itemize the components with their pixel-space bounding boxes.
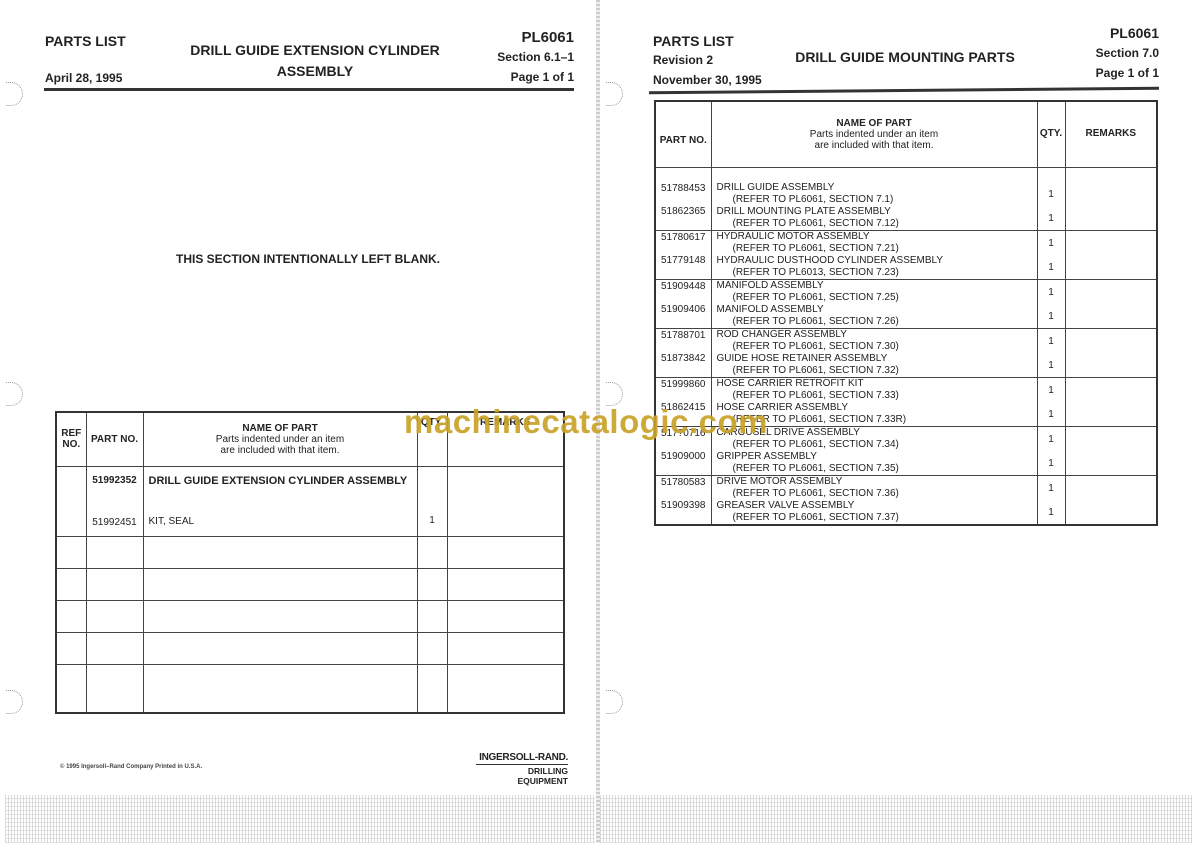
cell-part: 51780583 (656, 477, 711, 489)
doc-type: PARTS LIST (653, 33, 734, 49)
cell-part: 51909406 (656, 304, 711, 316)
cell-refer: (REFER TO PL6061, SECTION 7.30) (712, 341, 1037, 353)
col-remarks: REMARKS (1065, 101, 1157, 167)
cell-part: 51788453 (656, 183, 711, 195)
cell-part: 51909448 (656, 281, 711, 293)
cell-remarks (1065, 426, 1157, 475)
section-number: Section 6.1–1 (497, 50, 574, 64)
col-part-no: PART NO. (86, 412, 143, 466)
cell-part: 51992352 (87, 475, 143, 487)
cell-qty-group: 11 (1037, 475, 1065, 525)
col-name: NAME OF PART Parts indented under an ite… (711, 101, 1037, 167)
table-row-empty (56, 536, 564, 568)
cell-name: KIT, SEAL (144, 516, 417, 528)
watermark: machinecatalogic.com (404, 403, 768, 441)
cell-remarks (1065, 167, 1157, 230)
table-row: 51992352 51992451 DRILL GUIDE EXTENSION … (56, 466, 564, 536)
parts-table: PART NO. NAME OF PART Parts indented und… (654, 100, 1158, 526)
header-rule (649, 87, 1159, 94)
cell-name-group: ROD CHANGER ASSEMBLY(REFER TO PL6061, SE… (711, 328, 1037, 377)
page-title-line1: DRILL GUIDE EXTENSION CYLINDER (160, 42, 470, 58)
cell-remarks (1065, 328, 1157, 377)
scan-noise (5, 795, 595, 843)
table-row-group: 5190944851909406MANIFOLD ASSEMBLY(REFER … (655, 279, 1157, 328)
table-header: PART NO. NAME OF PART Parts indented und… (655, 101, 1157, 167)
pl-number: PL6061 (1110, 25, 1159, 41)
cell-part-group: 5178058351909398 (655, 475, 711, 525)
cell-name: MANIFOLD ASSEMBLY (712, 280, 1037, 292)
cell-part-group: 51992352 51992451 (86, 466, 143, 536)
cell-name-group: DRILL GUIDE EXTENSION CYLINDER ASSEMBLY … (143, 466, 417, 536)
col-name-title: NAME OF PART (712, 118, 1037, 129)
doc-date: November 30, 1995 (653, 73, 762, 87)
page-number: Page 1 of 1 (511, 70, 574, 84)
cell-refer: (REFER TO PL6061, SECTION 7.36) (712, 488, 1037, 500)
brand-name: INGERSOLL-RAND. (476, 752, 568, 765)
cell-qty: 1 (1038, 360, 1065, 371)
punch-hole (6, 82, 23, 106)
cell-remarks (1065, 475, 1157, 525)
cell-part: 51862365 (656, 206, 711, 218)
cell-refer: (REFER TO PL6061, SECTION 7.32) (712, 365, 1037, 377)
cell-qty: 1 (418, 515, 447, 526)
cell-remarks (1065, 377, 1157, 426)
cell-refer: (REFER TO PL6013, SECTION 7.23) (712, 267, 1037, 279)
cell-remarks (1065, 230, 1157, 279)
cell-part: 51909000 (656, 451, 711, 463)
revision: Revision 2 (653, 53, 713, 67)
col-name-sub1: Parts indented under an item (144, 434, 417, 445)
section-number: Section 7.0 (1096, 46, 1159, 60)
col-name-sub2: are included with that item. (144, 445, 417, 456)
cell-remarks (447, 466, 564, 536)
cell-name: MANIFOLD ASSEMBLY (712, 304, 1037, 316)
cell-qty: 1 (1038, 311, 1065, 322)
cell-qty-group: 11 (1037, 167, 1065, 230)
blank-notice: THIS SECTION INTENTIONALLY LEFT BLANK. (0, 252, 616, 266)
table-row-group: 5178870151873842ROD CHANGER ASSEMBLY(REF… (655, 328, 1157, 377)
pl-number: PL6061 (521, 29, 574, 46)
cell-qty: 1 (1038, 507, 1065, 518)
cell-qty-group: 1 (417, 466, 447, 536)
page-number: Page 1 of 1 (1096, 66, 1159, 80)
cell-name: DRILL GUIDE ASSEMBLY (712, 182, 1037, 194)
cell-name: ROD CHANGER ASSEMBLY (712, 329, 1037, 341)
brand-division: DRILLING EQUIPMENT (476, 766, 568, 786)
cell-part: 51873842 (656, 353, 711, 365)
cell-qty: 1 (1038, 336, 1065, 347)
cell-refer: (REFER TO PL6061, SECTION 7.1) (712, 194, 1037, 206)
table-row-group: 5178845351862365DRILL GUIDE ASSEMBLY(REF… (655, 167, 1157, 230)
cell-qty: 1 (1038, 458, 1065, 469)
cell-qty: 1 (1038, 385, 1065, 396)
punch-hole (606, 690, 623, 714)
parts-table: REF NO. PART NO. NAME OF PART Parts inde… (55, 411, 565, 714)
cell-qty-group: 11 (1037, 426, 1065, 475)
cell-qty: 1 (1038, 434, 1065, 445)
cell-name: DRILL GUIDE EXTENSION CYLINDER ASSEMBLY (144, 475, 417, 487)
cell-qty-group: 11 (1037, 279, 1065, 328)
cell-part: 51779148 (656, 255, 711, 267)
cell-remarks (1065, 279, 1157, 328)
cell-refer: (REFER TO PL6061, SECTION 7.21) (712, 243, 1037, 255)
cell-part-group: 5190944851909406 (655, 279, 711, 328)
cell-refer: (REFER TO PL6061, SECTION 7.26) (712, 316, 1037, 328)
table-row-empty (56, 568, 564, 600)
cell-ref (56, 466, 86, 536)
col-name: NAME OF PART Parts indented under an ite… (143, 412, 417, 466)
cell-refer: (REFER TO PL6061, SECTION 7.37) (712, 512, 1037, 524)
table-row-group: 5178058351909398DRIVE MOTOR ASSEMBLY(REF… (655, 475, 1157, 525)
cell-name: HYDRAULIC DUSTHOOD CYLINDER ASSEMBLY (712, 255, 1037, 267)
cell-name: HOSE CARRIER RETROFIT KIT (712, 378, 1037, 390)
cell-qty-group: 11 (1037, 328, 1065, 377)
cell-qty: 1 (1038, 409, 1065, 420)
col-name-title: NAME OF PART (144, 423, 417, 434)
table-row-empty (56, 665, 564, 713)
cell-qty: 1 (1038, 213, 1065, 224)
cell-name: HYDRAULIC MOTOR ASSEMBLY (712, 231, 1037, 243)
col-qty: QTY. (1037, 101, 1065, 167)
cell-refer: (REFER TO PL6061, SECTION 7.35) (712, 463, 1037, 475)
cell-part: 51788701 (656, 330, 711, 342)
punch-hole (6, 690, 23, 714)
table-row-empty (56, 633, 564, 665)
cell-qty-group: 11 (1037, 377, 1065, 426)
page-title: DRILL GUIDE MOUNTING PARTS (770, 49, 1040, 65)
cell-qty-group: 11 (1037, 230, 1065, 279)
punch-hole (6, 382, 23, 406)
punch-hole (606, 82, 623, 106)
cell-qty: 1 (1038, 287, 1065, 298)
cell-refer: (REFER TO PL6061, SECTION 7.33) (712, 390, 1037, 402)
cell-refer: (REFER TO PL6061, SECTION 7.12) (712, 218, 1037, 230)
cell-name-group: DRILL GUIDE ASSEMBLY(REFER TO PL6061, SE… (711, 167, 1037, 230)
col-name-sub2: are included with that item. (712, 140, 1037, 151)
copyright: © 1995 Ingersoll–Rand Company Printed in… (60, 764, 202, 770)
cell-qty: 1 (1038, 238, 1065, 249)
col-name-sub1: Parts indented under an item (712, 129, 1037, 140)
scan-noise (600, 795, 1192, 843)
cell-name: DRIVE MOTOR ASSEMBLY (712, 476, 1037, 488)
doc-date: April 28, 1995 (45, 71, 122, 85)
cell-part: 51909398 (656, 500, 711, 512)
cell-name: GRIPPER ASSEMBLY (712, 451, 1037, 463)
cell-qty: 1 (1038, 483, 1065, 494)
col-part-no: PART NO. (655, 101, 711, 167)
col-ref-no: REF NO. (56, 412, 86, 466)
table-body: 5178845351862365DRILL GUIDE ASSEMBLY(REF… (655, 167, 1157, 525)
cell-name: DRILL MOUNTING PLATE ASSEMBLY (712, 206, 1037, 218)
brand-logo: INGERSOLL-RAND. DRILLING EQUIPMENT (476, 752, 568, 786)
cell-part-group: 5178061751779148 (655, 230, 711, 279)
header-rule (44, 88, 574, 91)
table-row-empty (56, 600, 564, 632)
cell-qty: 1 (1038, 189, 1065, 200)
cell-name: GREASER VALVE ASSEMBLY (712, 500, 1037, 512)
page-title-line2: ASSEMBLY (160, 63, 470, 79)
cell-part-group: 5178845351862365 (655, 167, 711, 230)
cell-part: 51992451 (87, 517, 143, 529)
cell-part: 51780617 (656, 232, 711, 244)
cell-name-group: DRIVE MOTOR ASSEMBLY(REFER TO PL6061, SE… (711, 475, 1037, 525)
cell-name: GUIDE HOSE RETAINER ASSEMBLY (712, 353, 1037, 365)
cell-refer: (REFER TO PL6061, SECTION 7.25) (712, 292, 1037, 304)
cell-name-group: HYDRAULIC MOTOR ASSEMBLY(REFER TO PL6061… (711, 230, 1037, 279)
cell-part: 51999860 (656, 379, 711, 391)
table-row-group: 5178061751779148HYDRAULIC MOTOR ASSEMBLY… (655, 230, 1157, 279)
cell-qty: 1 (1038, 262, 1065, 273)
cell-part-group: 5178870151873842 (655, 328, 711, 377)
doc-type: PARTS LIST (45, 33, 126, 49)
cell-name-group: MANIFOLD ASSEMBLY(REFER TO PL6061, SECTI… (711, 279, 1037, 328)
